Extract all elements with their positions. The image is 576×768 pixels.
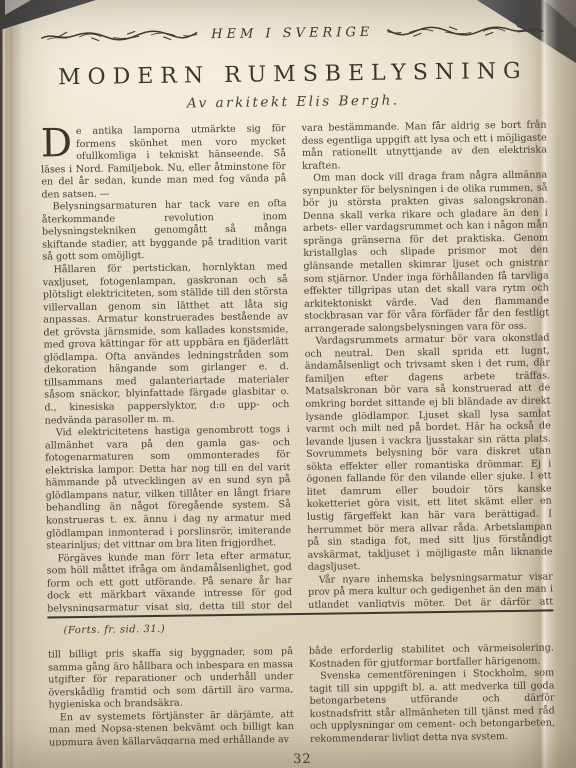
calligraphic-flourish-icon <box>385 21 545 39</box>
article-paragraph: vara bestämmande. Man får aldrig se bort… <box>301 119 547 173</box>
article-byline: Av arkitekt Elis Bergh. <box>40 90 546 113</box>
continuation-body: till billigt pris skaffa sig byggnader, … <box>48 642 555 746</box>
journal-title: HEM I SVERIGE <box>211 24 373 41</box>
article-paragraph: Om man dock vill draga fram några allmän… <box>302 170 549 337</box>
article-paragraph: De antika lamporna utmärkte sig för form… <box>41 123 287 202</box>
page-edge-stack-left <box>0 0 22 768</box>
article-paragraph: Hållaren för pertstickan, hornlyktan med… <box>42 261 289 428</box>
drop-cap: D <box>41 126 77 159</box>
continuation-column-right: både erforderlig stabilitet och värmeiso… <box>309 642 555 742</box>
article-paragraph: Vår nyare inhemska belysningsarmatur vis… <box>308 571 553 609</box>
paragraph-text: e antika lamporna utmärkte sig för forme… <box>41 123 286 200</box>
article-paragraph: Vid elektricitetens hastiga genombrott t… <box>45 424 292 553</box>
page-number: 32 <box>49 748 555 768</box>
article-paragraph: Förgäves kunde man förr leta efter armat… <box>46 550 292 613</box>
article-paragraph: både erforderlig stabilitet och värmeiso… <box>309 642 554 671</box>
article-paragraph: till billigt pris skaffa sig byggnader, … <box>48 646 294 712</box>
book-page-photo: HEM I SVERIGE MODERN RUMSBELYSNING Av ar… <box>0 0 576 768</box>
continued-from-note: (Forts. fr. sid. 31.) <box>63 618 553 636</box>
article-paragraph: Svenska cementföreningen i Stockholm, so… <box>309 668 555 743</box>
article-title: MODERN RUMSBELYSNING <box>40 58 546 90</box>
article-paragraph: En av systemets förtjänster är därjämte,… <box>49 709 294 747</box>
printed-page-content: HEM I SVERIGE MODERN RUMSBELYSNING Av ar… <box>39 0 556 768</box>
article-body: De antika lamporna utmärkte sig för form… <box>41 119 554 612</box>
article-paragraph: Belysningsarmaturen har tack vare en oft… <box>42 198 288 264</box>
article-paragraph: Vardagsrummets armatur bör vara okonstla… <box>304 333 552 575</box>
article-column-left: De antika lamporna utmärkte sig för form… <box>41 123 293 612</box>
continuation-column-left: till billigt pris skaffa sig byggnader, … <box>48 646 294 746</box>
calligraphic-flourish-icon <box>39 26 199 44</box>
running-header: HEM I SVERIGE <box>39 20 545 45</box>
article-column-right: vara bestämmande. Man får aldrig se bort… <box>301 119 553 608</box>
